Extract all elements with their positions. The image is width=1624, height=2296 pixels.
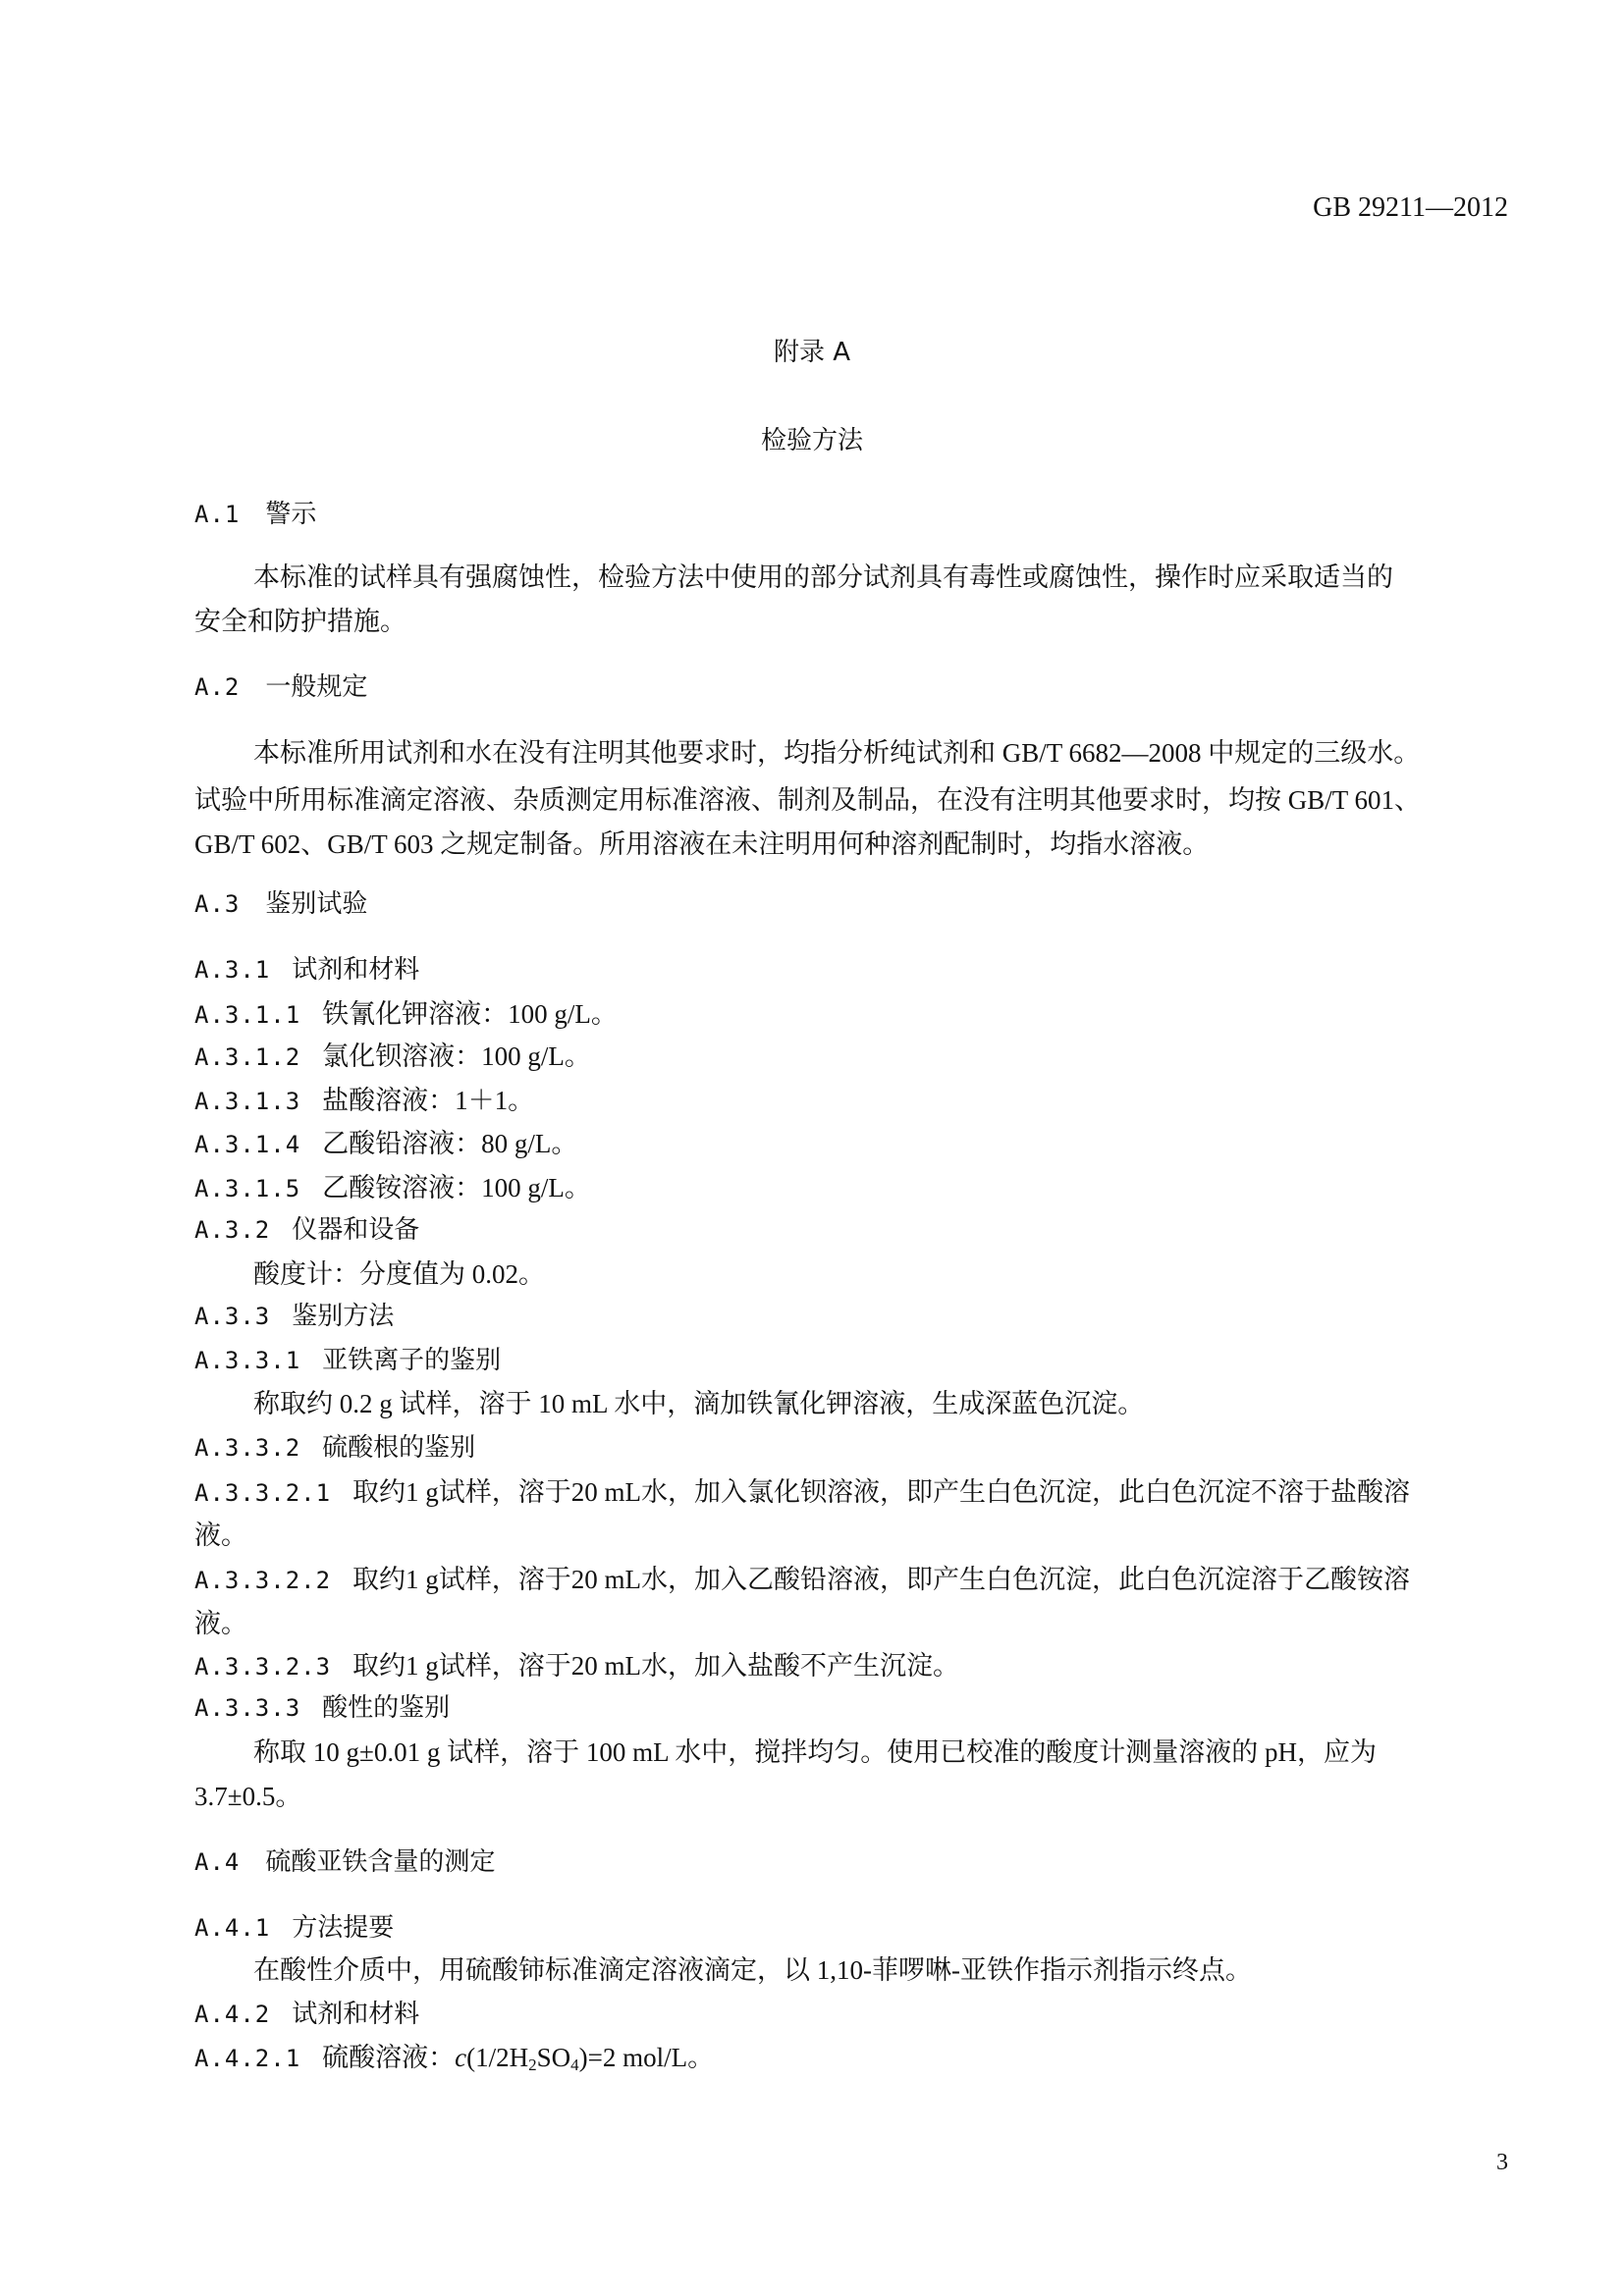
section-number: A.1 [194,499,240,530]
item-text: 铁氰化钾溶液：100 g/L。 [322,999,618,1029]
paragraph-line: 液。 [194,1520,247,1551]
list-item: A.4.2.1硫酸溶液：c(1/2H2SO4)=2 mol/L。 [194,2042,714,2074]
section-number: A.3.3.1 [194,1345,300,1376]
list-item: A.3.3.2.1取约1 g试样，溶于20 mL水，加入氯化钡溶液，即产生白色沉… [194,1476,1410,1509]
subsection-heading-a3-2: A.3.2仪器和设备 [194,1214,419,1246]
item-text: 盐酸溶液：1＋1。 [322,1086,534,1115]
list-item: A.3.1.5乙酸铵溶液：100 g/L。 [194,1172,591,1204]
item-text: 硫酸溶液：c(1/2H2SO4)=2 mol/L。 [322,2043,714,2072]
item-number: A.3.1.3 [194,1086,300,1117]
section-number: A.3.2 [194,1214,270,1246]
section-heading-a2: A.2一般规定 [194,671,367,703]
item-number: A.4.2.1 [194,2043,300,2074]
item-number: A.3.1.5 [194,1173,300,1204]
paragraph-line: 酸度计：分度值为 0.02。 [253,1258,545,1290]
section-title: 硫酸根的鉴别 [322,1433,475,1463]
section-heading-a3: A.3鉴别试验 [194,888,367,920]
formula-variable: c [455,2043,466,2072]
page-number: 3 [1496,2150,1508,2176]
section-title: 试剂和材料 [292,955,419,985]
item-number: A.3.3.2.3 [194,1651,331,1682]
section-title: 警示 [265,500,316,529]
item-text: 氯化钡溶液：100 g/L。 [322,1041,591,1071]
paragraph-line: 本标准所用试剂和水在没有注明其他要求时，均指分析纯试剂和 GB/T 6682—2… [253,737,1420,769]
section-title: 方法提要 [292,1913,394,1943]
item-text: 乙酸铵溶液：100 g/L。 [322,1173,591,1202]
list-item: A.3.3.2.3取约1 g试样，溶于20 mL水，加入盐酸不产生沉淀。 [194,1650,959,1682]
section-number: A.3 [194,888,240,920]
paragraph-line: 在酸性介质中，用硫酸铈标准滴定溶液滴定，以 1,10-菲啰啉-亚铁作指示剂指示终… [253,1954,1252,1986]
item-number: A.3.1.4 [194,1129,300,1160]
section-heading-a4: A.4硫酸亚铁含量的测定 [194,1846,495,1878]
section-title: 酸性的鉴别 [322,1693,450,1723]
formula-subscript: 2 [528,2056,537,2074]
section-title: 硫酸亚铁含量的测定 [265,1847,495,1877]
list-item: A.3.1.2氯化钡溶液：100 g/L。 [194,1041,591,1073]
item-number: A.3.1.2 [194,1041,300,1073]
subsection-heading-a3-1: A.3.1试剂和材料 [194,954,419,986]
formula-part: SO [537,2043,571,2072]
section-title: 鉴别方法 [292,1302,394,1331]
list-item: A.3.1.1铁氰化钾溶液：100 g/L。 [194,998,618,1031]
item-label: 硫酸溶液： [322,2043,455,2072]
subsection-heading-a3-3-3: A.3.3.3酸性的鉴别 [194,1692,450,1724]
formula-subscript: 4 [570,2056,579,2074]
subsection-heading-a3-3-1: A.3.3.1亚铁离子的鉴别 [194,1345,501,1376]
list-item: A.3.1.3盐酸溶液：1＋1。 [194,1085,534,1117]
section-number: A.3.1 [194,954,270,986]
paragraph-line: 安全和防护措施。 [194,606,406,637]
item-text: 取约1 g试样，溶于20 mL水，加入盐酸不产生沉淀。 [352,1651,959,1681]
section-number: A.3.3.2 [194,1432,300,1464]
section-number: A.4 [194,1846,240,1878]
subsection-heading-a3-3: A.3.3鉴别方法 [194,1301,394,1332]
subsection-heading-a3-3-2: A.3.3.2硫酸根的鉴别 [194,1432,475,1464]
annex-title: 检验方法 [0,420,1624,456]
section-number: A.4.1 [194,1912,270,1944]
paragraph-line: 称取约 0.2 g 试样，溶于 10 mL 水中，滴加铁氰化钾溶液，生成深蓝色沉… [253,1388,1144,1419]
section-heading-a1: A.1警示 [194,499,316,530]
section-number: A.3.3 [194,1301,270,1332]
item-text: 取约1 g试样，溶于20 mL水，加入氯化钡溶液，即产生白色沉淀，此白色沉淀不溶… [352,1477,1410,1507]
section-title: 鉴别试验 [265,889,367,919]
paragraph-line: GB/T 602、GB/T 603 之规定制备。所用溶液在未注明用何种溶剂配制时… [194,828,1209,860]
formula-part: (1/2H [466,2043,528,2072]
item-number: A.3.3.2.2 [194,1565,331,1596]
section-number: A.3.3.3 [194,1692,300,1724]
subsection-heading-a4-1: A.4.1方法提要 [194,1912,394,1944]
document-page: GB 29211—2012 附录 A 检验方法 A.1警示 本标准的试样具有强腐… [0,0,1624,2296]
list-item: A.3.1.4乙酸铅溶液：80 g/L。 [194,1128,577,1160]
subsection-heading-a4-2: A.4.2试剂和材料 [194,1999,419,2030]
item-number: A.3.1.1 [194,999,300,1031]
standard-id-header: GB 29211—2012 [1313,192,1508,224]
section-title: 亚铁离子的鉴别 [322,1346,501,1375]
annex-label: 附录 A [0,332,1624,368]
paragraph-line: 3.7±0.5。 [194,1781,301,1812]
formula-part: )=2 mol/L。 [579,2043,714,2072]
item-text: 取约1 g试样，溶于20 mL水，加入乙酸铅溶液，即产生白色沉淀，此白色沉淀溶于… [352,1565,1410,1594]
list-item: A.3.3.2.2取约1 g试样，溶于20 mL水，加入乙酸铅溶液，即产生白色沉… [194,1564,1410,1596]
paragraph-line: 液。 [194,1608,247,1639]
section-title: 仪器和设备 [292,1215,419,1245]
paragraph-line: 本标准的试样具有强腐蚀性，检验方法中使用的部分试剂具有毒性或腐蚀性，操作时应采取… [253,561,1393,593]
section-number: A.4.2 [194,1999,270,2030]
paragraph-line: 试验中所用标准滴定溶液、杂质测定用标准溶液、制剂及制品，在没有注明其他要求时，均… [194,784,1421,816]
item-text: 乙酸铅溶液：80 g/L。 [322,1129,577,1158]
section-title: 一般规定 [265,672,367,702]
section-number: A.2 [194,671,240,703]
paragraph-line: 称取 10 g±0.01 g 试样，溶于 100 mL 水中，搅拌均匀。使用已校… [253,1736,1377,1768]
section-title: 试剂和材料 [292,2000,419,2029]
item-number: A.3.3.2.1 [194,1477,331,1509]
